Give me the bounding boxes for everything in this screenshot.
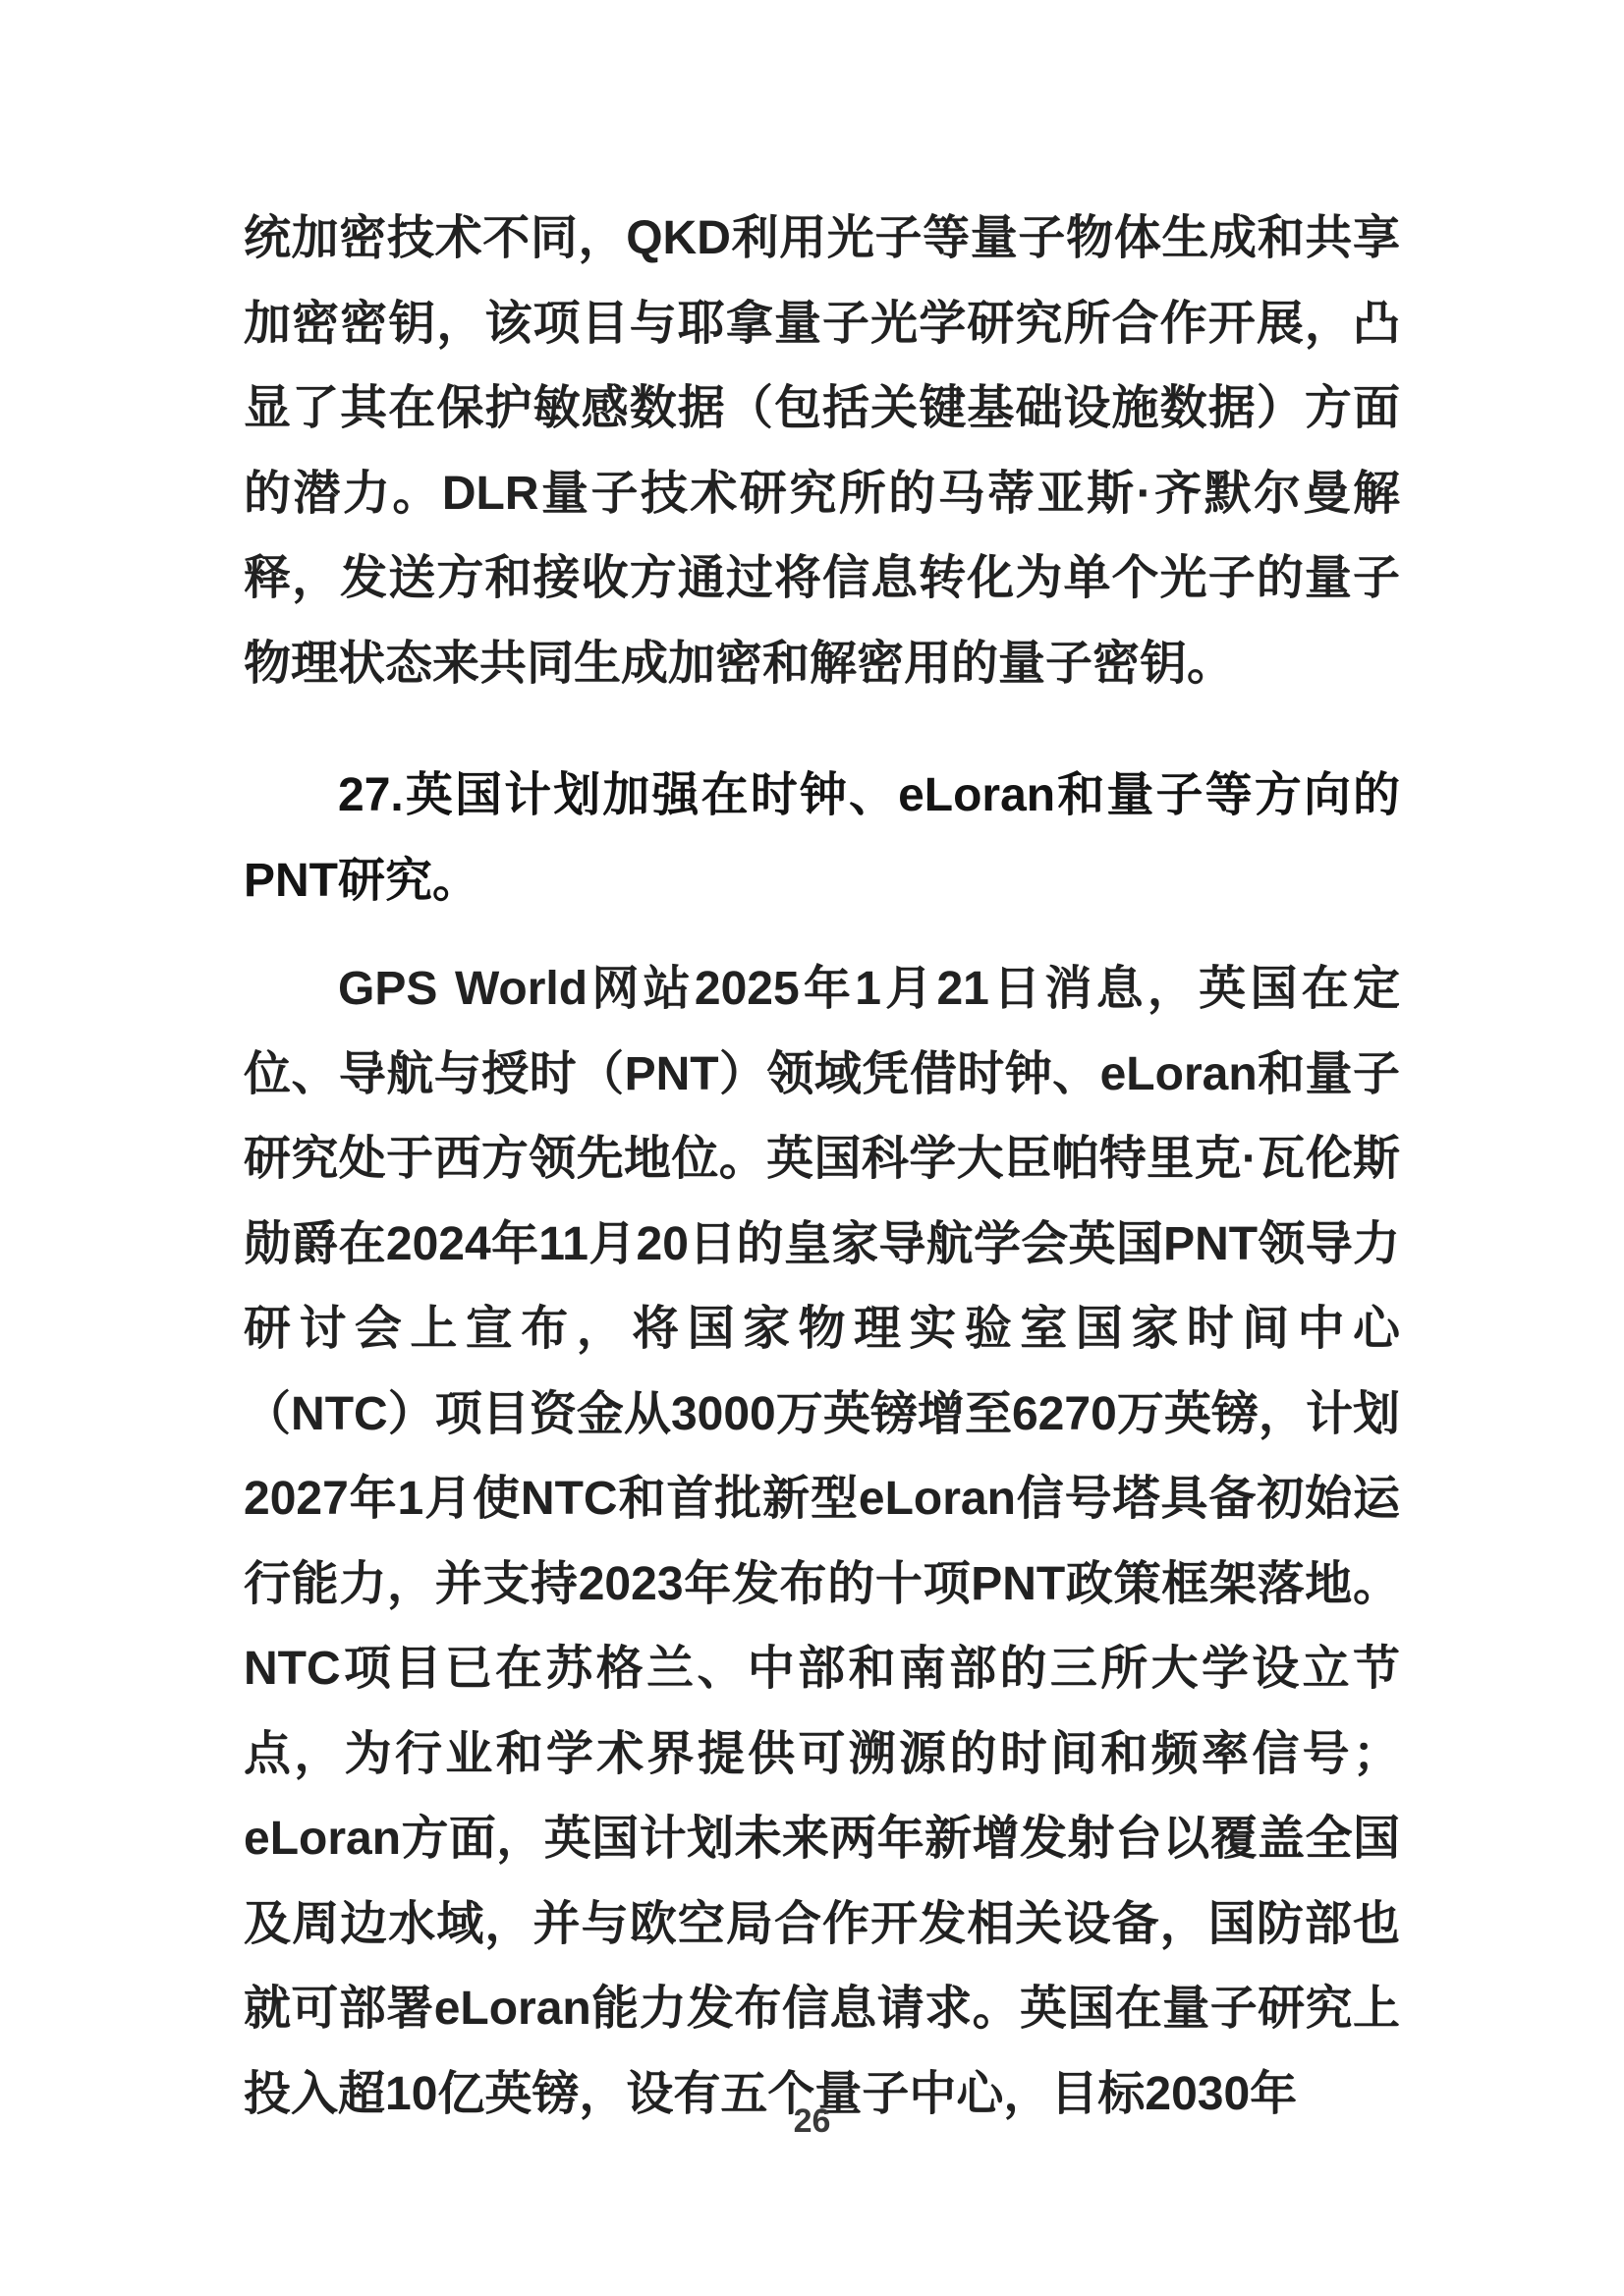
paragraph-uk-pnt-details: GPS World网站2025年1月21日消息，英国在定位、导航与授时（PNT）…	[244, 947, 1400, 2137]
document-page: 统加密技术不同，QKD利用光子等量子物体生成和共享加密密钥，该项目与耶拿量子光学…	[0, 0, 1624, 2296]
section-heading-27-uk-pnt: 27.英国计划加强在时钟、eLoran和量子等方向的PNT研究。	[244, 754, 1400, 924]
text-block: 统加密技术不同，QKD利用光子等量子物体生成和共享加密密钥，该项目与耶拿量子光学…	[244, 196, 1400, 2137]
paragraph-qkd-continuation: 统加密技术不同，QKD利用光子等量子物体生成和共享加密密钥，该项目与耶拿量子光学…	[244, 196, 1400, 706]
page-number: 26	[0, 2100, 1624, 2142]
